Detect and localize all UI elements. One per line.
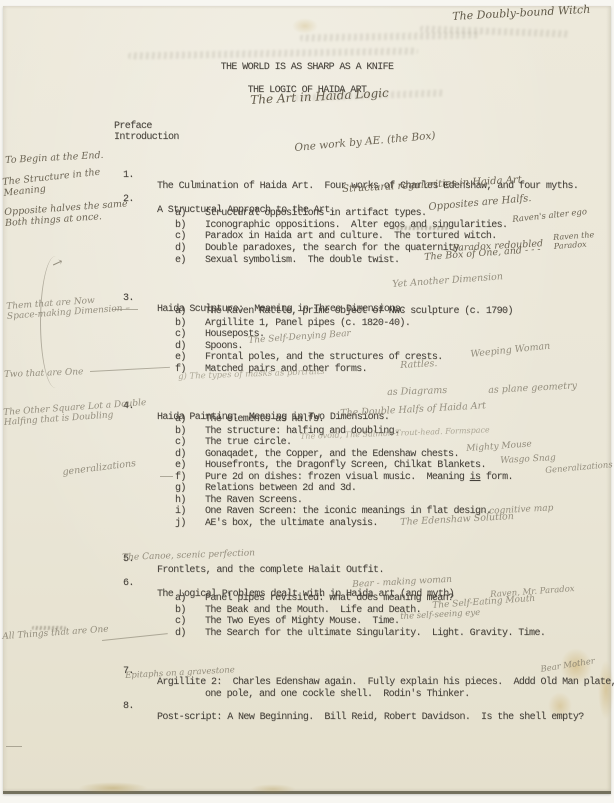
annotation-generalization-left: generalizations <box>62 459 137 479</box>
tiny-scribble <box>393 226 448 230</box>
section-6-number: 6. <box>123 578 134 590</box>
annotation-as-diagrams: as Diagrams <box>387 386 447 399</box>
section-8-title: Post-script: A New Beginning. Bill Reid,… <box>157 712 614 724</box>
section-8-number: 8. <box>123 701 134 713</box>
annotation-doubly-bound-witch: The Doubly-bound Witch <box>452 4 591 24</box>
annotation-two-that-one: Two that are One <box>4 367 84 380</box>
pencil-dash <box>160 476 173 477</box>
annotation-self-seeing-eye: the self-seeing eye <box>400 609 480 623</box>
page-title: THE WORLD IS AS SHARP AS A KNIFE <box>0 62 614 74</box>
paper-stain <box>78 782 148 794</box>
section-1-number: 1. <box>123 170 134 182</box>
annotation-weeping-woman: Weeping Woman <box>470 342 551 361</box>
pencil-dash <box>90 367 170 372</box>
annotation-raven-the-paradox: Raven the Paradox <box>553 230 614 252</box>
paper-stain <box>250 784 296 794</box>
pencil-dash <box>6 746 22 747</box>
underlined-word: is <box>470 472 481 483</box>
annotation-mighty-mouse: Mighty Mouse <box>466 439 532 454</box>
document-page: THE WORLD IS AS SHARP AS A KNIFE THE LOG… <box>0 0 614 803</box>
annotation-generalizations-right: Generalizations <box>545 461 613 476</box>
section-8: 8. Post-script: A New Beginning. Bill Re… <box>0 689 614 735</box>
preface-label: Preface <box>114 121 614 133</box>
paper-stain <box>292 18 318 34</box>
annotation-wasgo-snag: Wasgo Snag <box>500 453 556 466</box>
annotation-masks-portraits: g) The types of masks as portraits <box>178 368 325 383</box>
pencil-dash <box>112 309 138 310</box>
bleed-through-writing <box>300 31 480 41</box>
pencil-dash <box>102 633 168 641</box>
bleed-through-writing <box>128 47 418 59</box>
annotation-rattles: Rattles. <box>400 359 438 372</box>
